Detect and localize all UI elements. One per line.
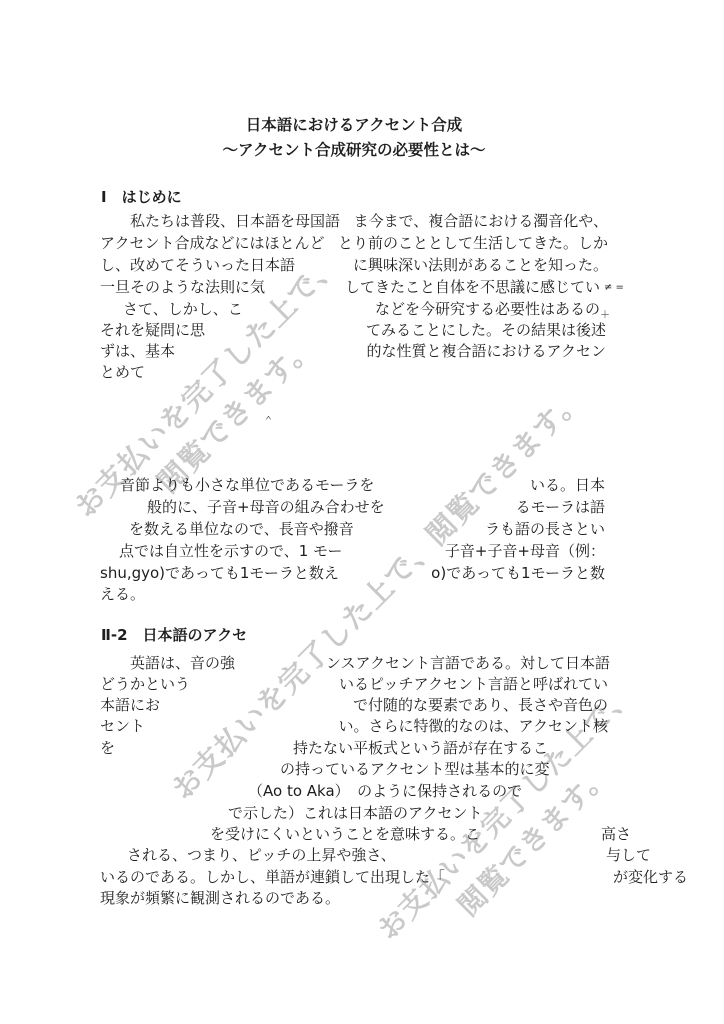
document-text-layer: 日本語におけるアクセント合成 ～アクセント合成研究の必要性とは～ Ⅰ はじめに … [0,0,724,1024]
text-fragment: を受けにくいということを意味する。こ [210,826,480,843]
text-fragment: セント [100,718,145,735]
text-fragment: 音節よりも小さな単位であるモーラを [120,477,374,494]
document-page: お支払いを完了した上で、閲覧できます。お支払いを完了した上で、閲覧できます。お支… [0,0,724,1024]
text-fragment: などを今研究する必要性はあるの [375,301,600,318]
text-fragment: ま今まで、複合語における濁音化や、 [354,213,608,230]
text-fragment: 一旦そのような法則に気 [100,279,265,296]
title-line-1: 日本語におけるアクセント合成 [100,118,608,134]
text-fragment: を数える単位なので、長音や撥音 [129,521,354,538]
text-fragment: を [100,740,115,757]
text-fragment: ≠ = [604,282,624,293]
text-fragment: さて、しかし、こ [123,301,243,318]
text-fragment: 本語にお [100,697,160,714]
text-fragment: 与して [606,847,651,864]
text-fragment: ずは、基本 [100,343,175,360]
text-fragment: 点では自立性を示すので、1 モー [119,543,342,560]
text-fragment: 現象が頻繁に観測されるのである。 [100,890,340,907]
text-fragment: で示した）これは日本語のアクセント [228,805,483,822]
text-fragment: とり前のこととして生活してきた。しか [338,235,608,252]
document-title: 日本語におけるアクセント合成 ～アクセント合成研究の必要性とは～ [100,118,608,167]
text-fragment: o)であっても1モーラと数 [431,565,605,582]
text-fragment: 般的に、子音+母音の組み合わせを [147,499,385,516]
text-fragment: ＋ [600,310,610,321]
text-fragment: 高さ [601,826,631,843]
text-fragment: 私たちは普段、日本語を母国語 [130,213,340,230]
text-fragment: ンスアクセント言語である。対して日本語 [326,655,610,672]
text-fragment: アクセント合成などにはほとんど [100,235,325,252]
text-fragment: shu,gyo)であっても1モーラと数え [100,565,339,582]
text-fragment: 英語は、音の強 [130,655,235,672]
text-fragment: いる。日本 [530,477,605,494]
text-fragment: どうかという [100,676,190,693]
text-fragment: それを疑問に思 [100,322,205,339]
section-heading-1: Ⅰ はじめに [101,190,182,205]
text-fragment: が変化する [613,869,688,886]
text-fragment: とめて [100,364,145,381]
text-fragment: い。さらに特徴的なのは、アクセント核 [338,718,608,735]
text-fragment: ＾ [263,413,274,425]
text-fragment: 持たない平板式という語が存在するこ [293,740,548,757]
text-fragment: 的な性質と複合語におけるアクセン [366,343,606,360]
title-line-2: ～アクセント合成研究の必要性とは～ [100,143,608,159]
text-fragment: るモーラは語 [516,499,605,516]
section-heading-2: Ⅱ-2 日本語のアクセ [101,628,247,643]
text-fragment: てみることにした。その結果は後述 [366,322,606,339]
text-fragment: で付随的な要素であり、長さや音色の [353,697,608,714]
text-fragment: 子音+子音+母音（例： [445,543,605,560]
text-fragment: いるピッチアクセント言語と呼ばれてい [339,676,608,693]
text-fragment: し、改めてそういった日本語 [100,257,295,274]
text-fragment: ラも語の長さとい [485,521,605,538]
text-fragment: される、つまり、ピッチの上昇や強さ、 [127,847,396,864]
text-fragment: してきたこと自体を不思議に感じてい [345,279,600,296]
text-fragment: える。 [100,586,145,603]
text-fragment: いるのである。しかし、単語が連鎖して出現した「 [100,869,445,886]
text-fragment: に興味深い法則があることを知った。 [353,257,608,274]
text-fragment: （Ao to Aka） のように保持されるので [248,783,522,800]
text-fragment: の持っているアクセント型は基本的に変 [280,761,550,778]
